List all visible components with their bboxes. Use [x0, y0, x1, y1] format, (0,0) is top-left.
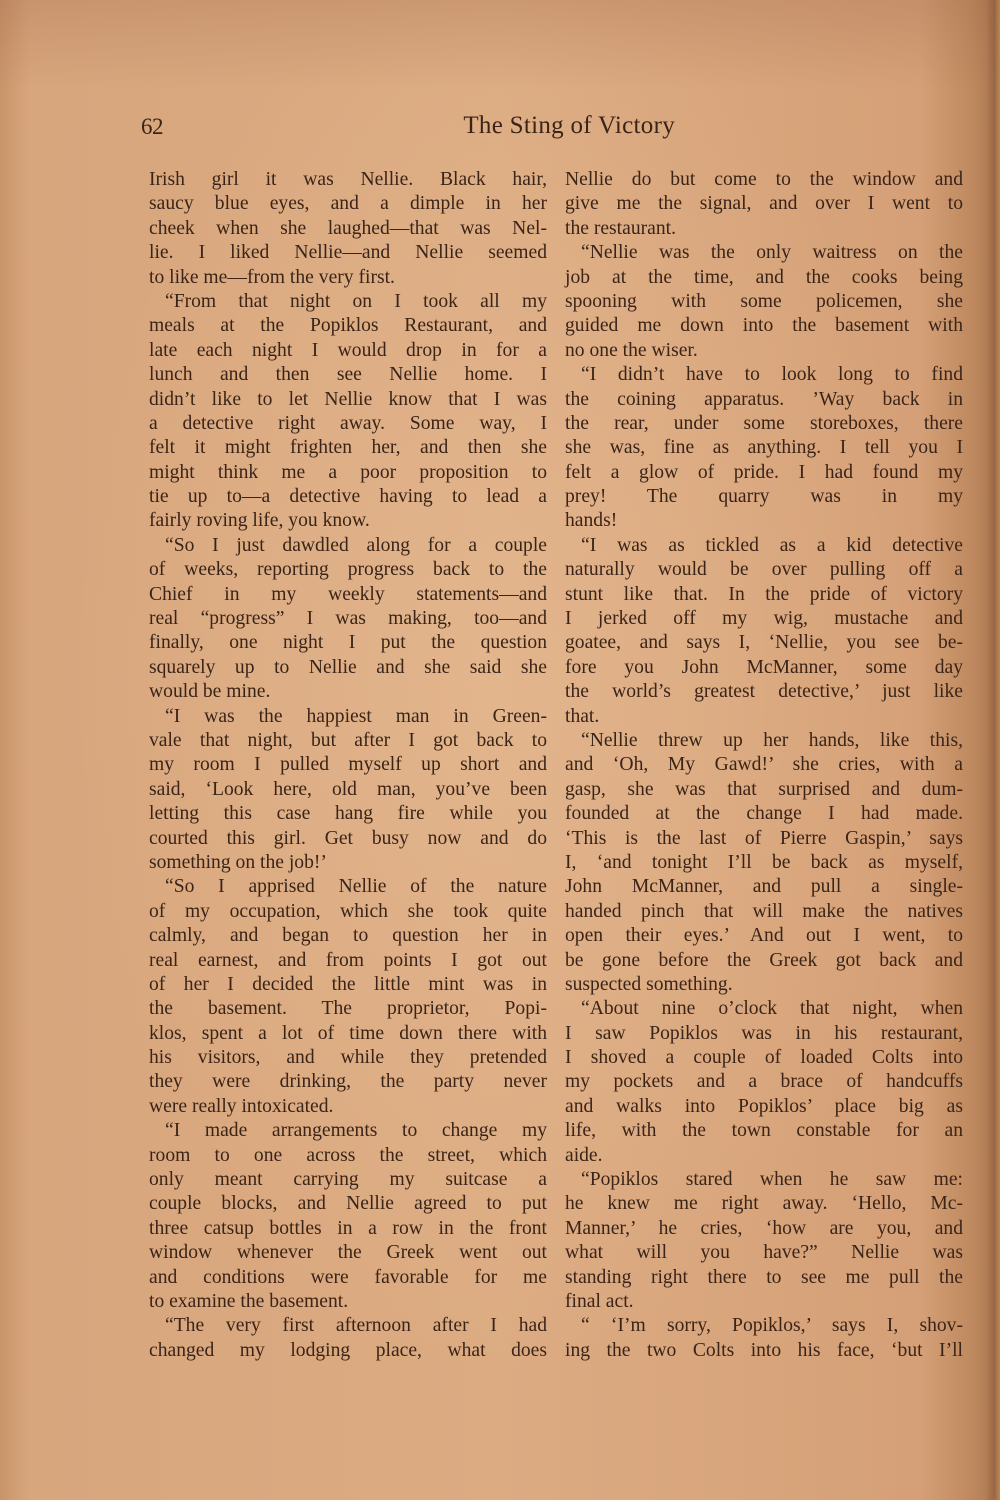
text-line: and ‘Oh, My Gawd!’ she cries, with a [565, 753, 963, 777]
text-line: handed pinch that will make the natives [565, 900, 963, 924]
text-line: hands! [565, 509, 963, 533]
text-line: John McManner, and pull a single- [565, 875, 963, 899]
text-line: meals at the Popiklos Restaurant, and [149, 314, 547, 338]
page-header: 62 The Sting of Victory [141, 112, 675, 146]
text-line: might think me a poor proposition to [149, 461, 547, 485]
text-line: spooning with some policemen, she [565, 290, 963, 314]
text-line: fore you John McManner, some day [565, 656, 963, 680]
text-line: “I made arrangements to change my [149, 1119, 547, 1143]
text-line: founded at the change I had made. [565, 802, 963, 826]
text-line: she was, fine as anything. I tell you I [565, 436, 963, 460]
text-line: his visitors, and while they pretended [149, 1046, 547, 1070]
text-line: of her I decided the little mint was in [149, 973, 547, 997]
text-line: would be mine. [149, 680, 547, 704]
text-line: said, ‘Look here, old man, you’ve been [149, 778, 547, 802]
text-line: be gone before the Greek got back and [565, 949, 963, 973]
text-line: ‘This is the last of Pierre Gaspin,’ say… [565, 827, 963, 851]
text-line: a detective right away. Some way, I [149, 412, 547, 436]
text-line: my room I pulled myself up short and [149, 753, 547, 777]
text-line: window whenever the Greek went out [149, 1241, 547, 1265]
text-line: Irish girl it was Nellie. Black hair, [149, 168, 547, 192]
text-line: what will you have?” Nellie was [565, 1241, 963, 1265]
text-line: fairly roving life, you know. [149, 509, 547, 533]
text-line: finally, one night I put the question [149, 631, 547, 655]
left-column: Irish girl it was Nellie. Black hair,sau… [149, 168, 547, 1363]
text-line: the basement. The proprietor, Popi- [149, 997, 547, 1021]
text-line: only meant carrying my suitcase a [149, 1168, 547, 1192]
text-line: no one the wiser. [565, 339, 963, 363]
text-line: klos, spent a lot of time down there wit… [149, 1022, 547, 1046]
text-line: Manner,’ he cries, ‘how are you, and [565, 1217, 963, 1241]
text-line: “Nellie threw up her hands, like this, [565, 729, 963, 753]
text-line: felt a glow of pride. I had found my [565, 461, 963, 485]
book-page: 62 The Sting of Victory Irish girl it wa… [0, 0, 1000, 1500]
text-line: he knew me right away. ‘Hello, Mc- [565, 1192, 963, 1216]
text-line: “From that night on I took all my [149, 290, 547, 314]
text-line: “I was as tickled as a kid detective [565, 534, 963, 558]
text-line: couple blocks, and Nellie agreed to put [149, 1192, 547, 1216]
text-line: aide. [565, 1144, 963, 1168]
text-line: naturally would be over pulling off a [565, 558, 963, 582]
text-line: Nellie do but come to the window and [565, 168, 963, 192]
text-line: to like me—from the very first. [149, 266, 547, 290]
text-line: “Popiklos stared when he saw me: [565, 1168, 963, 1192]
text-line: gasp, she was that surprised and dum- [565, 778, 963, 802]
text-line: the coining apparatus. ’Way back in [565, 388, 963, 412]
text-line: they were drinking, the party never [149, 1070, 547, 1094]
text-line: and conditions were favorable for me [149, 1266, 547, 1290]
right-column: Nellie do but come to the window andgive… [565, 168, 963, 1363]
text-line: that. [565, 705, 963, 729]
text-line: I shoved a couple of loaded Colts into [565, 1046, 963, 1070]
text-line: standing right there to see me pull the [565, 1266, 963, 1290]
text-line: the rear, under some storeboxes, there [565, 412, 963, 436]
text-line: stunt like that. In the pride of victory [565, 583, 963, 607]
text-line: of weeks, reporting progress back to the [149, 558, 547, 582]
running-title: The Sting of Victory [463, 112, 675, 140]
text-line: I saw Popiklos was in his restaurant, [565, 1022, 963, 1046]
text-line: Chief in my weekly statements—and [149, 583, 547, 607]
text-line: changed my lodging place, what does [149, 1339, 547, 1363]
text-line: final act. [565, 1290, 963, 1314]
text-line: “So I just dawdled along for a couple [149, 534, 547, 558]
text-line: and walks into Popiklos’ place big as [565, 1095, 963, 1119]
text-line: give me the signal, and over I went to [565, 192, 963, 216]
text-line: job at the time, and the cooks being [565, 266, 963, 290]
text-line: real earnest, and from points I got out [149, 949, 547, 973]
text-line: guided me down into the basement with [565, 314, 963, 338]
text-line: I, ‘and tonight I’ll be back as myself, [565, 851, 963, 875]
text-line: open their eyes.’ And out I went, to [565, 924, 963, 948]
page-number: 62 [141, 114, 163, 140]
text-line: letting this case hang fire while you [149, 802, 547, 826]
text-line: were really intoxicated. [149, 1095, 547, 1119]
text-line: “ ‘I’m sorry, Popiklos,’ says I, shov- [565, 1314, 963, 1338]
text-line: “The very first afternoon after I had [149, 1314, 547, 1338]
text-line: saucy blue eyes, and a dimple in her [149, 192, 547, 216]
text-line: “I was the happiest man in Green- [149, 705, 547, 729]
text-line: to examine the basement. [149, 1290, 547, 1314]
text-line: calmly, and began to question her in [149, 924, 547, 948]
text-line: vale that night, but after I got back to [149, 729, 547, 753]
text-line: felt it might frighten her, and then she [149, 436, 547, 460]
text-line: suspected something. [565, 973, 963, 997]
text-line: room to one across the street, which [149, 1144, 547, 1168]
text-line: “Nellie was the only waitress on the [565, 241, 963, 265]
text-line: I jerked off my wig, mustache and [565, 607, 963, 631]
text-line: life, with the town constable for an [565, 1119, 963, 1143]
text-line: goatee, and says I, ‘Nellie, you see be- [565, 631, 963, 655]
text-line: “I didn’t have to look long to find [565, 363, 963, 387]
text-line: lunch and then see Nellie home. I [149, 363, 547, 387]
text-line: of my occupation, which she took quite [149, 900, 547, 924]
text-line: courted this girl. Get busy now and do [149, 827, 547, 851]
text-line: three catsup bottles in a row in the fro… [149, 1217, 547, 1241]
text-line: ing the two Colts into his face, ‘but I’… [565, 1339, 963, 1363]
text-line: prey! The quarry was in my [565, 485, 963, 509]
text-line: “About nine o’clock that night, when [565, 997, 963, 1021]
text-line: my pockets and a brace of handcuffs [565, 1070, 963, 1094]
text-line: cheek when she laughed—that was Nel- [149, 217, 547, 241]
text-line: the world’s greatest detective,’ just li… [565, 680, 963, 704]
text-line: the restaurant. [565, 217, 963, 241]
text-line: real “progress” I was making, too—and [149, 607, 547, 631]
text-line: tie up to—a detective having to lead a [149, 485, 547, 509]
text-line: late each night I would drop in for a [149, 339, 547, 363]
text-line: lie. I liked Nellie—and Nellie seemed [149, 241, 547, 265]
text-line: didn’t like to let Nellie know that I wa… [149, 388, 547, 412]
text-line: “So I apprised Nellie of the nature [149, 875, 547, 899]
text-line: something on the job!’ [149, 851, 547, 875]
text-line: squarely up to Nellie and she said she [149, 656, 547, 680]
